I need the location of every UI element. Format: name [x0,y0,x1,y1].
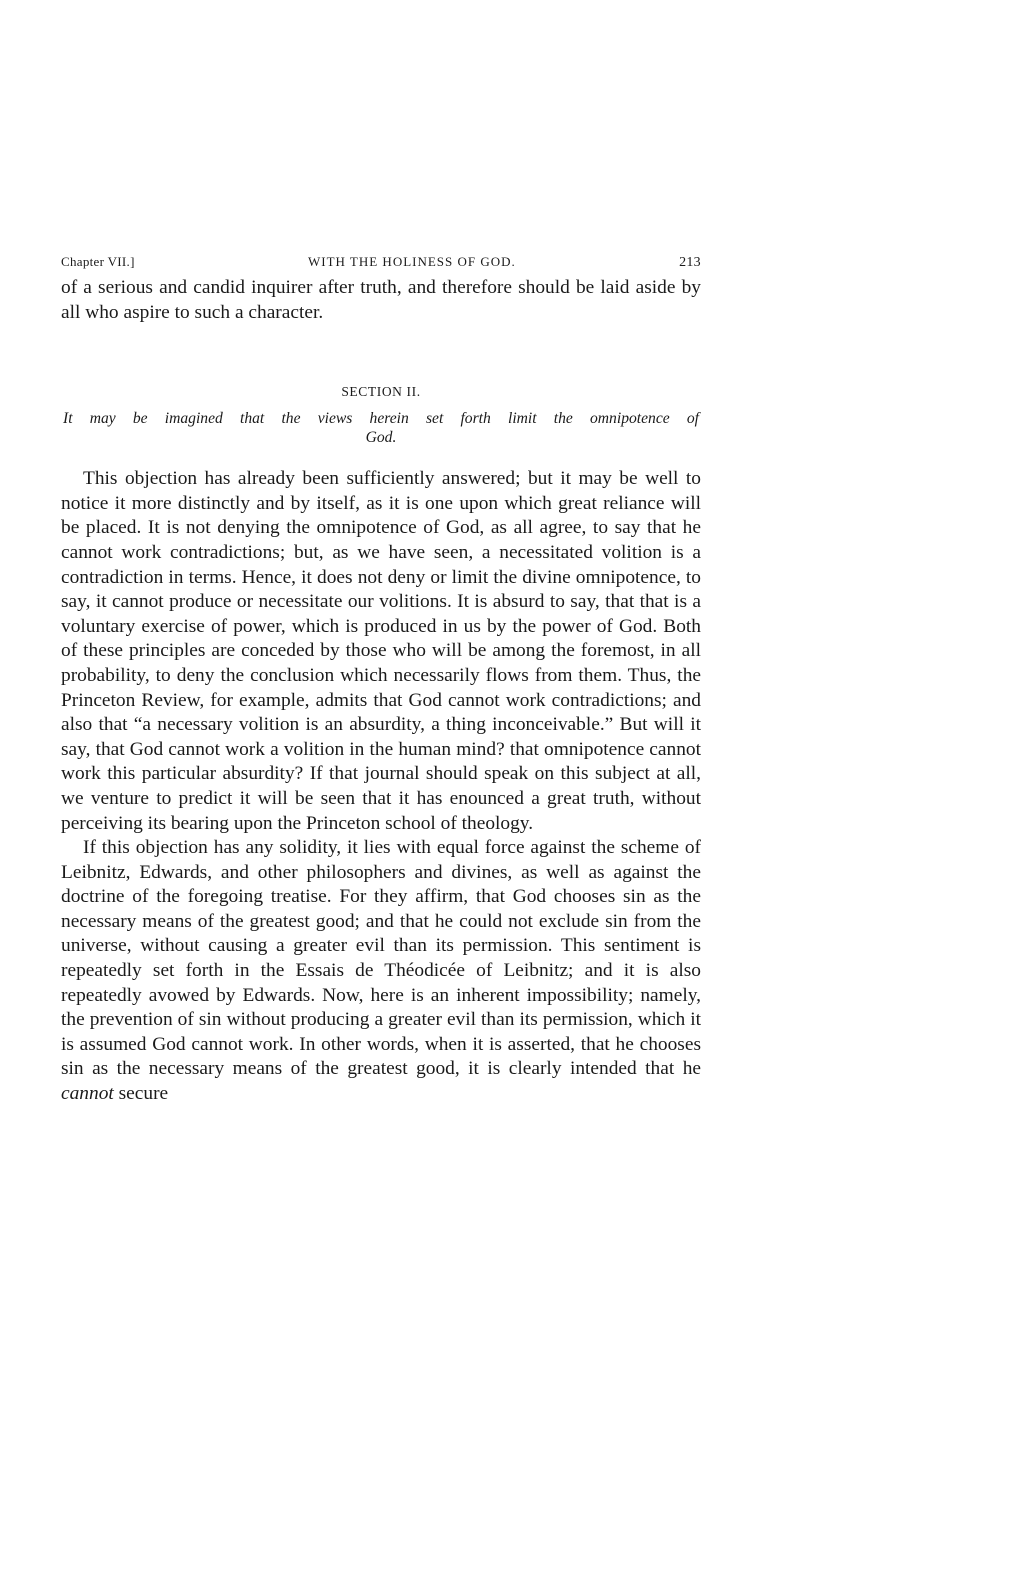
book-page: Chapter VII.] WITH THE HOLINESS OF GOD. … [61,254,701,1107]
section-subtitle-line1: It may be imagined that the views herein… [63,409,699,428]
running-title: WITH THE HOLINESS OF GOD. [308,254,516,270]
body-text: This objection has already been sufficie… [61,467,701,1106]
continuation-paragraph: of a serious and candid inquirer after t… [61,276,701,325]
chapter-label: Chapter VII.] [61,254,135,270]
running-head: Chapter VII.] WITH THE HOLINESS OF GOD. … [61,254,701,276]
section-subtitle: It may be imagined that the views herein… [61,409,701,447]
paragraph: This objection has already been sufficie… [61,467,701,836]
page-number: 213 [679,255,701,271]
section-subtitle-line2: God. [63,428,699,447]
paragraph-text: If this objection has any solidity, it l… [61,837,701,1079]
paragraph-text: secure [114,1083,168,1104]
emphasis-text: cannot [61,1083,114,1104]
section-heading: SECTION II. [61,383,701,401]
paragraph: If this objection has any solidity, it l… [61,836,701,1107]
